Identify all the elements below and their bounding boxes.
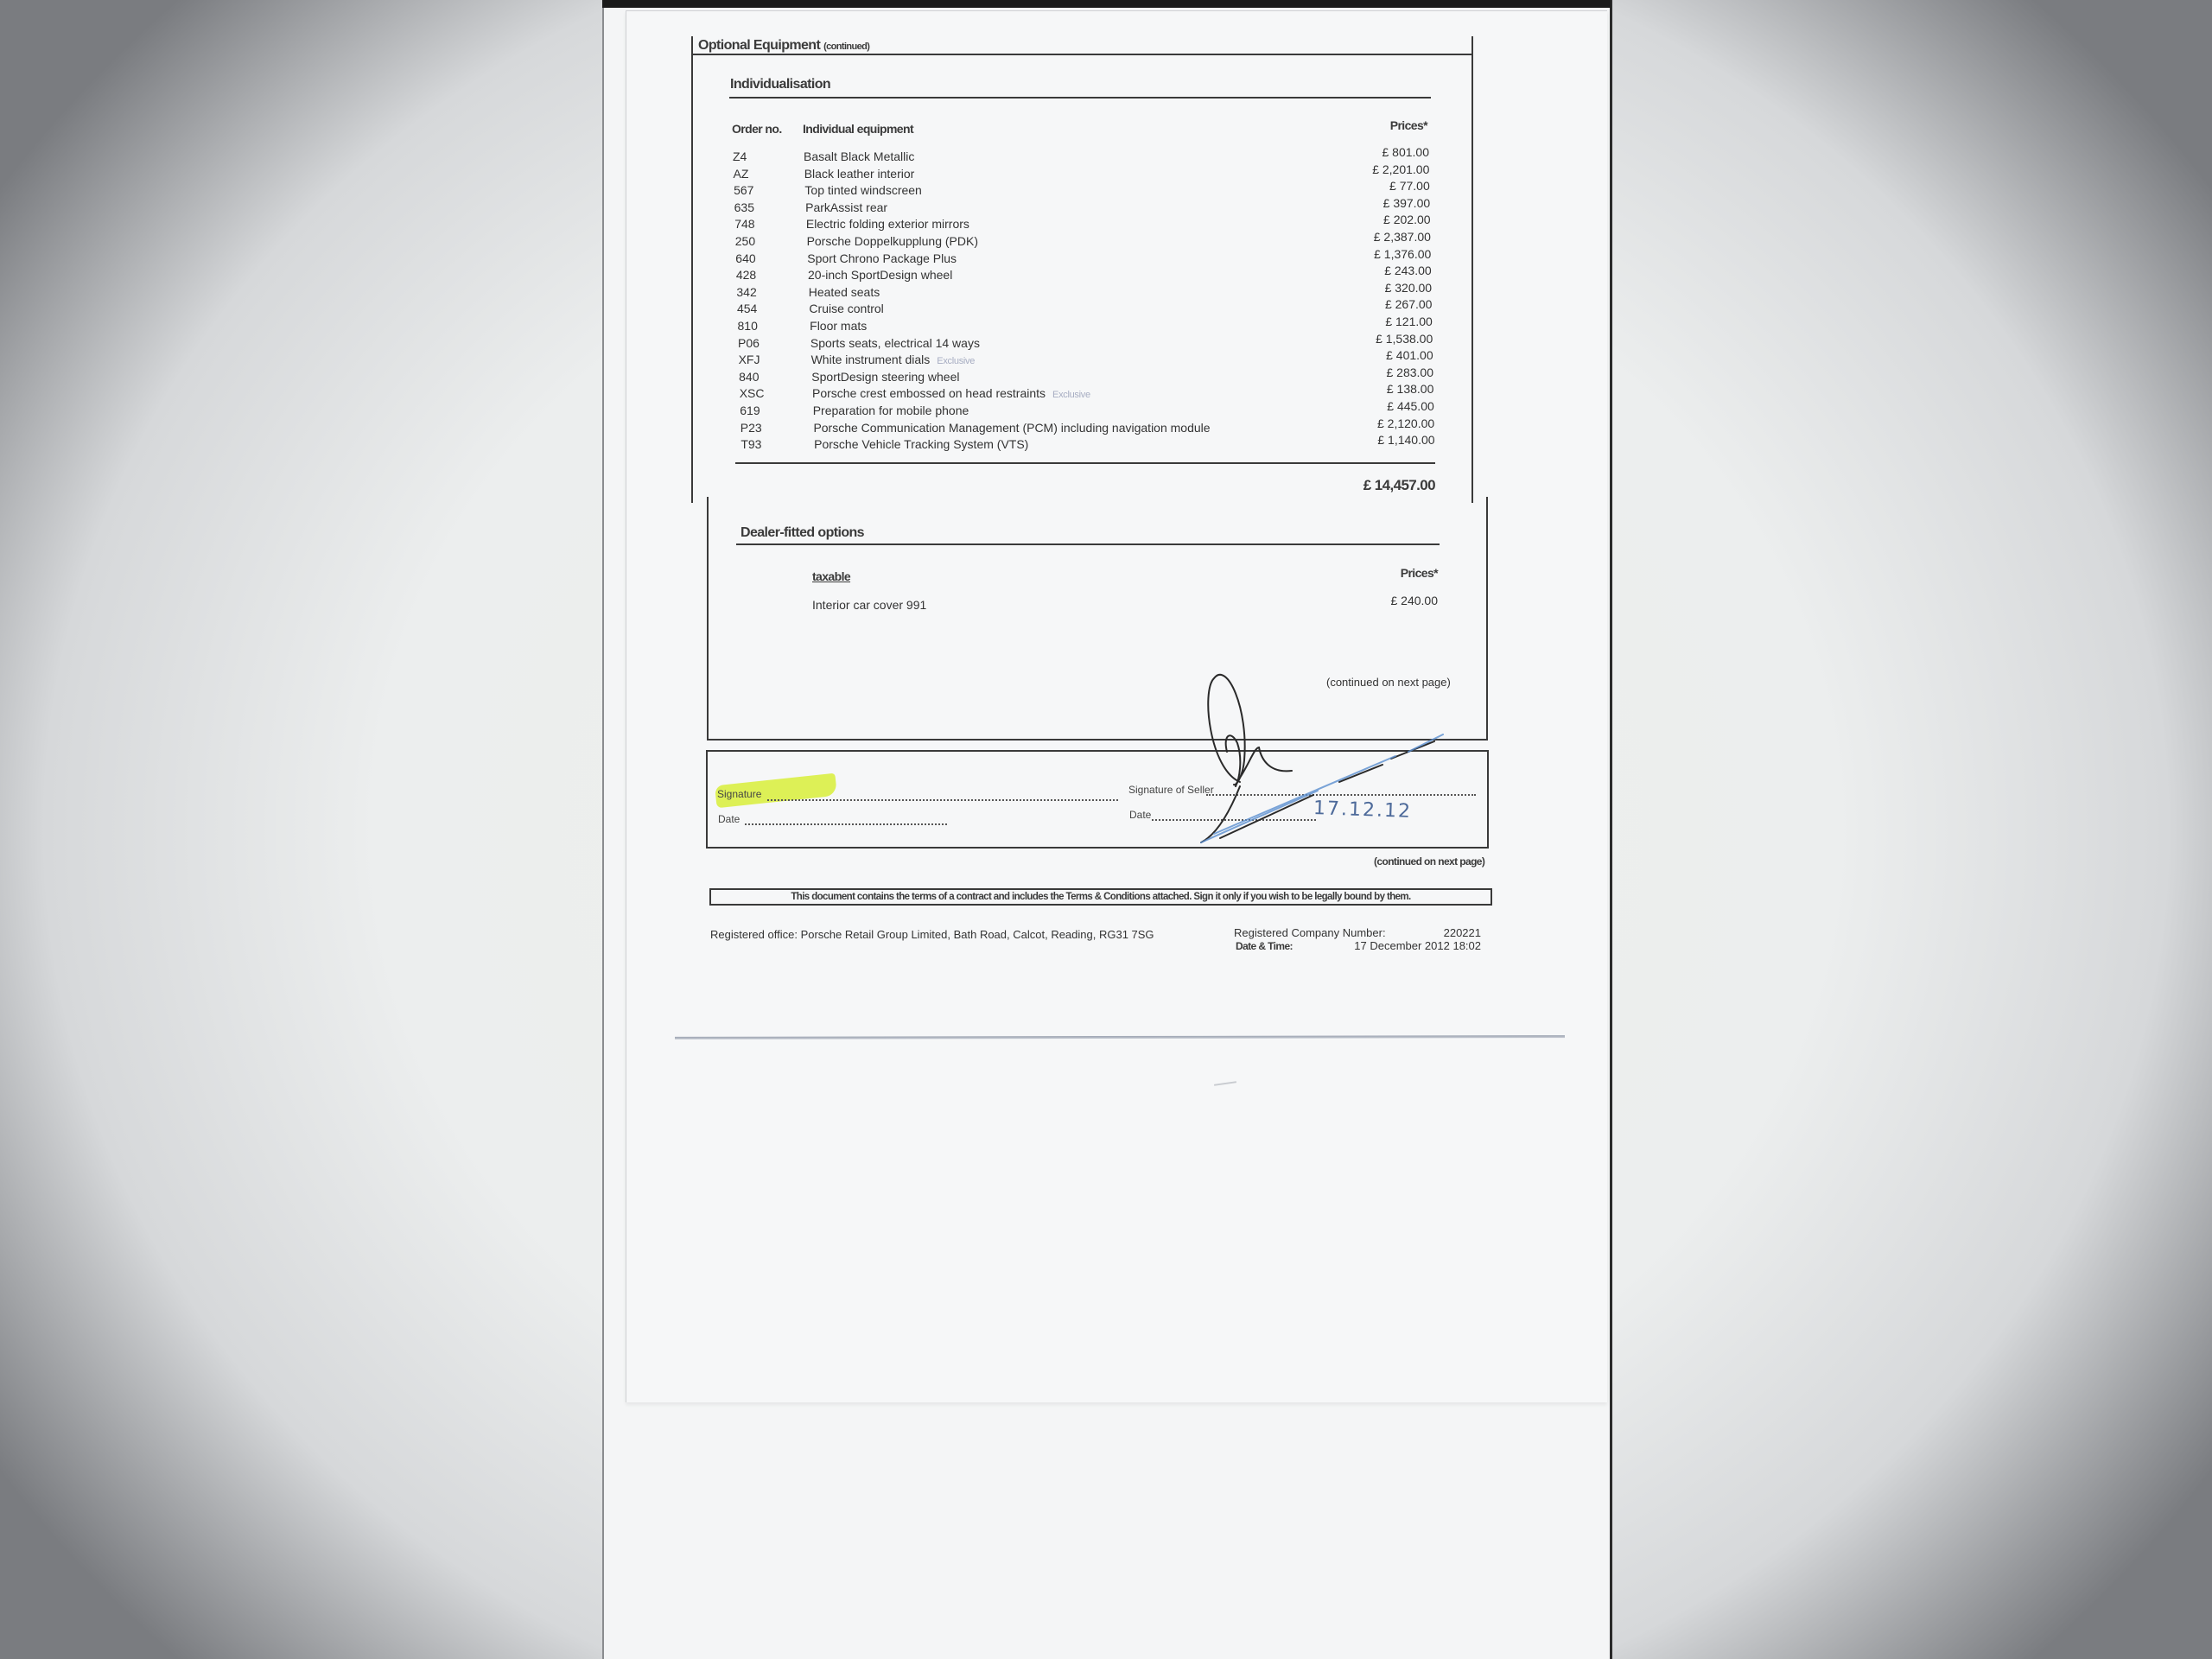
equipment-name: Sports seats, electrical 14 ways bbox=[810, 336, 980, 350]
signature-field[interactable] bbox=[767, 799, 1118, 801]
equipment-name-text: Black leather interior bbox=[804, 167, 915, 181]
section-title-rule bbox=[692, 54, 1472, 55]
scanner-edge bbox=[602, 0, 1611, 8]
equipment-name-text: ParkAssist rear bbox=[805, 200, 887, 214]
equipment-name-text: Porsche crest embossed on head restraint… bbox=[812, 386, 1046, 400]
equipment-name-text: 20-inch SportDesign wheel bbox=[808, 268, 952, 282]
total-rule bbox=[735, 462, 1435, 464]
order-number: Z4 bbox=[733, 149, 747, 163]
equipment-name-text: Basalt Black Metallic bbox=[804, 149, 914, 163]
continued-note-outer: (continued on next page) bbox=[1374, 855, 1484, 868]
box-left-border-upper bbox=[691, 36, 693, 503]
date-label: Date bbox=[718, 813, 740, 825]
order-number: XSC bbox=[740, 386, 765, 400]
order-number: 635 bbox=[734, 200, 754, 214]
equipment-name-text: Top tinted windscreen bbox=[804, 183, 921, 197]
equipment-price: £ 1,376.00 bbox=[1293, 247, 1431, 261]
handwritten-date: 17.12.12 bbox=[1313, 798, 1413, 823]
column-header-order-no: Order no. bbox=[732, 122, 782, 136]
individualisation-total: £ 14,457.00 bbox=[1296, 477, 1435, 494]
order-number: 454 bbox=[737, 302, 757, 315]
equipment-name: Basalt Black Metallic bbox=[804, 149, 914, 163]
equipment-price: £ 1,538.00 bbox=[1294, 332, 1433, 346]
section-title-text: Optional Equipment bbox=[698, 38, 820, 53]
exclusive-badge: Exclusive bbox=[1052, 390, 1090, 400]
seller-date-label: Date bbox=[1129, 809, 1151, 821]
order-number: 810 bbox=[738, 319, 758, 333]
date-field[interactable] bbox=[745, 823, 947, 825]
company-number-label: Registered Company Number: bbox=[1234, 926, 1386, 939]
registered-office: Registered office: Porsche Retail Group … bbox=[710, 928, 1154, 941]
equipment-name: Electric folding exterior mirrors bbox=[806, 217, 969, 231]
equipment-price: £ 401.00 bbox=[1295, 348, 1433, 362]
exclusive-badge: Exclusive bbox=[937, 356, 975, 366]
equipment-price: £ 2,201.00 bbox=[1291, 162, 1429, 176]
equipment-price: £ 1,140.00 bbox=[1297, 433, 1435, 447]
equipment-name: Black leather interior bbox=[804, 167, 915, 181]
individualisation-heading: Individualisation bbox=[730, 77, 830, 92]
dealer-fitted-heading: Dealer-fitted options bbox=[741, 525, 864, 541]
equipment-name-text: Sports seats, electrical 14 ways bbox=[810, 336, 980, 350]
section-title: Optional Equipment (continued) bbox=[698, 38, 869, 54]
equipment-name-text: Electric folding exterior mirrors bbox=[806, 217, 969, 231]
dealer-prices-header: Prices* bbox=[1365, 566, 1438, 580]
equipment-price: £ 2,387.00 bbox=[1293, 230, 1431, 244]
order-number: P06 bbox=[738, 336, 760, 350]
taxable-heading: taxable bbox=[812, 569, 850, 583]
equipment-name-text: Porsche Doppelkupplung (PDK) bbox=[807, 234, 978, 248]
equipment-name-text: Porsche Communication Management (PCM) i… bbox=[813, 421, 1210, 435]
column-header-prices: Prices* bbox=[1348, 118, 1427, 132]
dealer-item-name: Interior car cover 991 bbox=[812, 598, 926, 612]
order-number: 342 bbox=[736, 285, 756, 299]
signature-label: Signature bbox=[717, 788, 761, 800]
equipment-name: Porsche crest embossed on head restraint… bbox=[812, 386, 1090, 400]
order-number: XFJ bbox=[739, 353, 760, 366]
box-right-border-lower bbox=[1486, 497, 1488, 741]
equipment-name: Heated seats bbox=[809, 285, 880, 299]
equipment-name: Porsche Communication Management (PCM) i… bbox=[813, 421, 1210, 435]
equipment-price: £ 283.00 bbox=[1295, 365, 1433, 379]
company-number-value: 220221 bbox=[1400, 926, 1481, 939]
equipment-name: Sport Chrono Package Plus bbox=[807, 251, 957, 265]
order-number: 250 bbox=[735, 234, 755, 248]
equipment-name-text: Cruise control bbox=[809, 302, 883, 315]
order-number: 840 bbox=[739, 370, 759, 384]
order-number: T93 bbox=[741, 437, 761, 451]
order-number: 567 bbox=[734, 183, 753, 197]
equipment-price: £ 2,120.00 bbox=[1296, 416, 1434, 430]
equipment-name: SportDesign steering wheel bbox=[811, 370, 959, 384]
equipment-price: £ 267.00 bbox=[1294, 297, 1432, 311]
box-left-border-lower bbox=[707, 497, 709, 741]
equipment-name-text: Sport Chrono Package Plus bbox=[807, 251, 957, 265]
equipment-name: Porsche Vehicle Tracking System (VTS) bbox=[814, 437, 1028, 451]
equipment-name-text: Preparation for mobile phone bbox=[813, 404, 969, 417]
equipment-name-text: White instrument dials bbox=[811, 353, 931, 366]
equipment-name-text: Heated seats bbox=[809, 285, 880, 299]
equipment-price: £ 801.00 bbox=[1291, 145, 1429, 159]
equipment-name: Top tinted windscreen bbox=[804, 183, 921, 197]
date-time-value: 17 December 2012 18:02 bbox=[1331, 939, 1481, 952]
equipment-price: £ 77.00 bbox=[1292, 179, 1430, 193]
equipment-name: 20-inch SportDesign wheel bbox=[808, 268, 952, 282]
equipment-price: £ 320.00 bbox=[1294, 281, 1432, 295]
seller-signature-scribble-icon bbox=[1175, 657, 1486, 855]
equipment-price: £ 445.00 bbox=[1296, 399, 1434, 413]
equipment-price: £ 243.00 bbox=[1294, 264, 1432, 277]
equipment-price: £ 397.00 bbox=[1292, 196, 1430, 210]
order-number: 640 bbox=[735, 251, 755, 265]
equipment-name-text: Floor mats bbox=[810, 319, 867, 333]
column-header-equipment: Individual equipment bbox=[803, 122, 913, 136]
order-number: 748 bbox=[734, 217, 754, 231]
equipment-price: £ 121.00 bbox=[1294, 315, 1433, 328]
equipment-name: ParkAssist rear bbox=[805, 200, 887, 214]
individualisation-rule bbox=[729, 97, 1431, 99]
order-number: P23 bbox=[741, 421, 762, 435]
equipment-name-text: Porsche Vehicle Tracking System (VTS) bbox=[814, 437, 1028, 451]
order-number: AZ bbox=[734, 167, 749, 181]
equipment-name: Preparation for mobile phone bbox=[813, 404, 969, 417]
equipment-price: £ 202.00 bbox=[1293, 213, 1431, 226]
dealer-item-price: £ 240.00 bbox=[1300, 594, 1438, 607]
box-right-border-upper bbox=[1471, 36, 1473, 503]
terms-notice: This document contains the terms of a co… bbox=[709, 888, 1492, 906]
dealer-fitted-rule bbox=[736, 543, 1440, 545]
equipment-name: Cruise control bbox=[809, 302, 883, 315]
equipment-price: £ 138.00 bbox=[1295, 382, 1433, 396]
order-number: 428 bbox=[736, 268, 756, 282]
equipment-name: Floor mats bbox=[810, 319, 867, 333]
equipment-name-text: SportDesign steering wheel bbox=[811, 370, 959, 384]
order-number: 619 bbox=[740, 404, 760, 417]
equipment-name: Porsche Doppelkupplung (PDK) bbox=[807, 234, 978, 248]
section-title-suffix: (continued) bbox=[823, 41, 869, 52]
registered-office-label: Registered office: bbox=[710, 928, 798, 941]
date-time-label: Date & Time: bbox=[1236, 940, 1293, 952]
registered-office-value: Porsche Retail Group Limited, Bath Road,… bbox=[801, 928, 1154, 941]
equipment-name: White instrument dialsExclusive bbox=[811, 353, 975, 366]
